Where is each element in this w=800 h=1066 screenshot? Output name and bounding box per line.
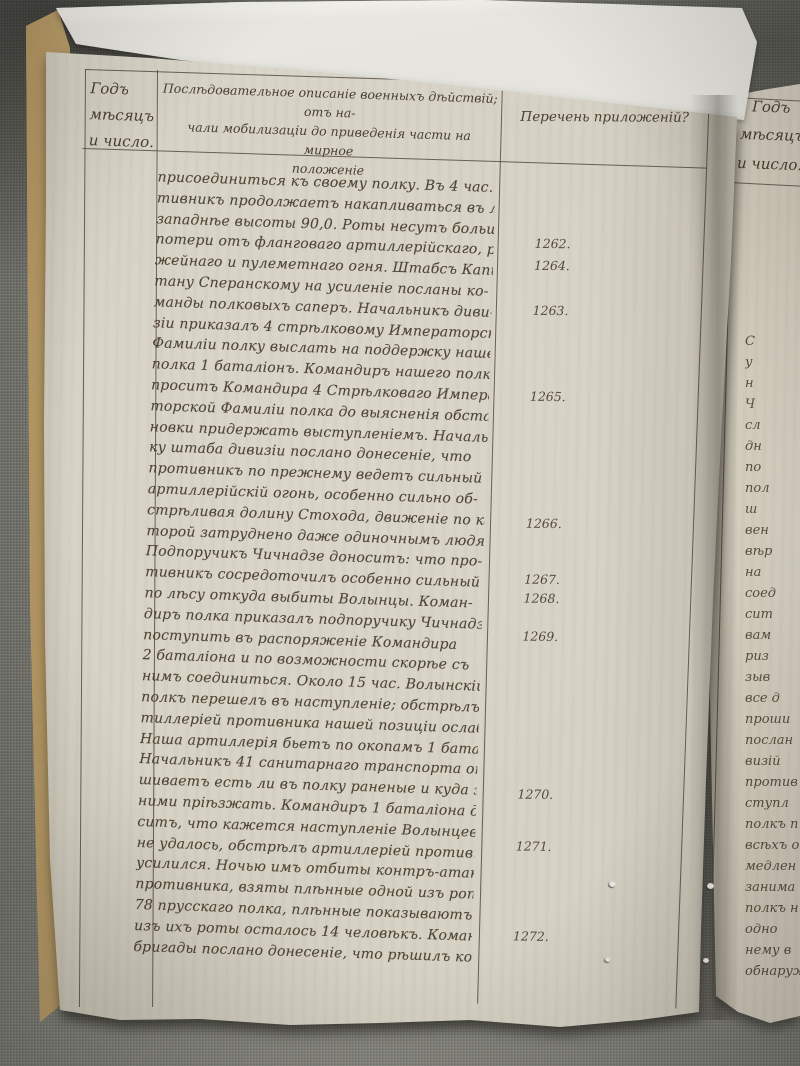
appendix-number: 1265. [530, 391, 590, 404]
right-page-fragment: против [745, 776, 800, 789]
right-page-fragment: дн [745, 440, 800, 453]
photo-vignette [0, 0, 800, 1066]
right-page-fragment: послан [745, 734, 800, 747]
manuscript-line: противникъ по прежнему ведетъ сильный [148, 458, 486, 489]
right-page-header-line [730, 182, 800, 187]
manuscript-line: полкъ перешелъ въ наступленіе; обстрѣлъ … [141, 687, 479, 718]
appendix-number: 1264. [534, 260, 594, 273]
manuscript-line: Подпоручикъ Чичнадзе доноситъ: что про- [146, 542, 484, 573]
right-page-fragment: занима [745, 881, 800, 894]
manuscript-line: жейнаго и пулеметнаго огня. Штабсъ Капи- [155, 250, 493, 281]
right-page-fragment: по [745, 461, 800, 474]
book-left-page: Годъ мѣсяцъ и число. Послѣдовательное оп… [0, 0, 800, 1066]
manuscript-line: тивникъ продолжаетъ накапливаться въ лѣс… [157, 188, 495, 219]
manuscript-line: артиллерійскій огонь, особенно сильно об… [147, 479, 485, 510]
page-stack-edge [0, 0, 800, 1066]
header-cell-appendix: Перечень приложеній? [506, 111, 704, 126]
manuscript-line: потери отъ фланговаго артиллерійскаго, р… [155, 230, 493, 261]
appendix-number: 1270. [517, 788, 577, 801]
manuscript-line: нимъ соединиться. Около 15 час. Волынскі… [142, 666, 480, 697]
manuscript-line: тану Сперанскому на усиленіе посланы ко- [154, 271, 492, 302]
appendix-number: 1266. [526, 518, 586, 531]
manuscript-line: тиллеріей противника нашей позиціи ослаб… [140, 708, 478, 739]
right-page-fragment: ш [745, 503, 800, 516]
right-page-fragment: обнаруж [745, 965, 800, 978]
appendix-number-column: 1262.1264.1263.1265.1266.1267.1268.1269.… [85, 69, 715, 89]
header-description-line: чали мобилизаціи до приведенія части на … [160, 116, 497, 165]
manuscript-line: изъ ихъ роты осталось 14 человѣкъ. Коман… [134, 916, 472, 947]
right-page-header-date-line: и число. [737, 156, 800, 173]
header-cell-date: Годъ мѣсяцъ и число. [88, 75, 156, 155]
table-right-border-line [675, 89, 710, 1008]
manuscript-line: ними пріѣзжать. Командиръ 1 баталіона до… [138, 791, 476, 822]
manuscript-line: тивникъ сосредоточилъ особенно сильный о… [145, 562, 483, 593]
appendix-number: 1271. [516, 840, 576, 853]
worm-hole [707, 883, 714, 889]
manuscript-line: 2 баталіона и по возможности скорѣе съ [142, 645, 480, 676]
header-date-line: и число. [88, 127, 155, 155]
table-left-border-line [79, 69, 86, 1007]
manuscript-line: поступить въ распоряженіе Командира [143, 625, 481, 656]
appendix-number: 1272. [513, 930, 573, 943]
manuscript-line: присоединиться къ своему полку. Въ 4 час… [157, 167, 495, 198]
right-page-fragment: вам [745, 629, 800, 642]
right-page-fragment: пол [745, 482, 800, 495]
manuscript-line: Начальникъ 41 санитарнаго транспорта опр… [139, 749, 477, 780]
manuscript-line: проситъ Командира 4 Стрѣлковаго Импера- [151, 375, 489, 406]
manuscript-line: ку штаба дивизіи послано донесеніе, что [149, 438, 487, 469]
right-page-fragment: медлен [745, 860, 800, 873]
manuscript-line: западнѣе высоты 90,0. Роты несутъ больші… [156, 209, 494, 240]
manuscript-line: торой затруднено даже одиночнымъ людямъ. [146, 521, 484, 552]
right-page-fragment: у [745, 356, 800, 369]
loose-sheet [0, 0, 800, 1066]
header-description-line: положеніе [160, 154, 496, 184]
right-page-header-date-line: мѣсяцъ [740, 127, 800, 144]
manuscript-line: противника, взяты плѣнные одной изъ ротъ [135, 874, 473, 905]
right-page-top-line [734, 97, 800, 101]
manuscript-line: 78 прусскаго полка, плѣнные показываютъ,… [134, 895, 472, 926]
right-page-header-date-line: Годъ [752, 99, 791, 115]
manuscript-line: новки придержать выступленіемъ. Начальни… [149, 417, 487, 448]
right-page-fragment: н [745, 377, 800, 390]
right-page-fragment: визій [745, 755, 800, 768]
manuscript-line: бригады послано донесеніе, что рѣшилъ ко… [133, 937, 471, 968]
right-page-fragment: полкъ н [745, 902, 800, 915]
manuscript-line: Наша артиллерія бьетъ по окопамъ 1 батал… [140, 729, 478, 760]
manuscript-line: зіи приказалъ 4 стрѣлковому Императорско… [153, 313, 491, 344]
right-page-fragment: нему в [745, 944, 800, 957]
photo-of-archival-manuscript: Годъ мѣсяцъ и число. СунЧслднпополшвенвѣ… [0, 0, 800, 1066]
table-top-border-line [85, 69, 710, 90]
table-header-bottom-line [82, 148, 707, 169]
header-date-line: мѣсяцъ [89, 101, 156, 129]
appendix-number: 1268. [523, 593, 583, 606]
right-page-fragment: соед [745, 587, 800, 600]
header-date-line: Годъ [90, 75, 157, 103]
right-page-fragment: вен [745, 524, 800, 537]
right-page-fragment: всѣхъ оч [745, 839, 800, 852]
right-page-fragment: ступл [745, 797, 800, 810]
manuscript-line: ситъ, что кажется наступленіе Волынцевъ [137, 812, 475, 843]
right-page-fragment: все д [745, 692, 800, 705]
header-description-line: Послѣдовательное описаніе военныхъ дѣйст… [162, 78, 499, 127]
worm-hole [609, 881, 616, 887]
right-page-fragment: на [745, 566, 800, 579]
right-page-left-border-line [709, 96, 734, 998]
table-date-column-line [152, 70, 158, 1007]
right-page-fragment: сл [745, 419, 800, 432]
book-right-page: Годъ мѣсяцъ и число. СунЧслднпополшвенвѣ… [0, 0, 800, 1066]
manuscript-line: манды полковыхъ саперъ. Начальникъ диви- [153, 292, 491, 323]
appendix-number: 1262. [535, 238, 595, 251]
right-page-fragment: проши [745, 713, 800, 726]
table-appendix-column-line [477, 82, 503, 1004]
right-page-fragment: Ч [745, 398, 800, 411]
entry-text-block: присоединиться къ своему полку. Въ 4 час… [85, 69, 715, 89]
worm-hole [605, 957, 611, 962]
appendix-number: 1263. [533, 305, 593, 318]
manuscript-line: усилился. Ночью имъ отбиты контръ-атаки [136, 853, 474, 884]
right-page-fragment: одно [745, 923, 800, 936]
manuscript-line: диръ полка приказалъ подпоручику Чичнадз… [144, 604, 482, 635]
gutter-shadow [690, 95, 738, 1020]
manuscript-line: полка 1 баталіонъ. Командиръ нашего полк… [151, 354, 489, 385]
manuscript-line: стрѣливая долину Стохода, движеніе по ко… [147, 500, 485, 531]
right-page-fragment: вѣр [745, 545, 800, 558]
manuscript-line: торской Фамиліи полка до выясненія обста… [150, 396, 488, 427]
appendix-number: 1269. [522, 631, 582, 644]
right-page-fragment: риз [745, 650, 800, 663]
manuscript-line: по лѣсу откуда выбиты Волынцы. Коман- [144, 583, 482, 614]
manuscript-line: Фамиліи полку выслать на поддержку нашег… [152, 334, 490, 365]
right-page-fragment: полкъ п [745, 818, 800, 831]
manuscript-line: не удалось, обстрѣлъ артиллеріей противн… [136, 833, 474, 864]
right-page-fragment: С [745, 335, 800, 348]
manuscript-line: шиваетъ есть ли въ полку раненые и куда … [138, 770, 476, 801]
worm-hole [703, 958, 709, 963]
appendix-number: 1267. [524, 574, 584, 587]
header-cell-description: Послѣдовательное описаніе военныхъ дѣйст… [160, 78, 499, 184]
ledger-table: Годъ мѣсяцъ и число. Послѣдовательное оп… [55, 69, 715, 1038]
right-page-fragment: зыв [745, 671, 800, 684]
right-page-fragment: сит [745, 608, 800, 621]
